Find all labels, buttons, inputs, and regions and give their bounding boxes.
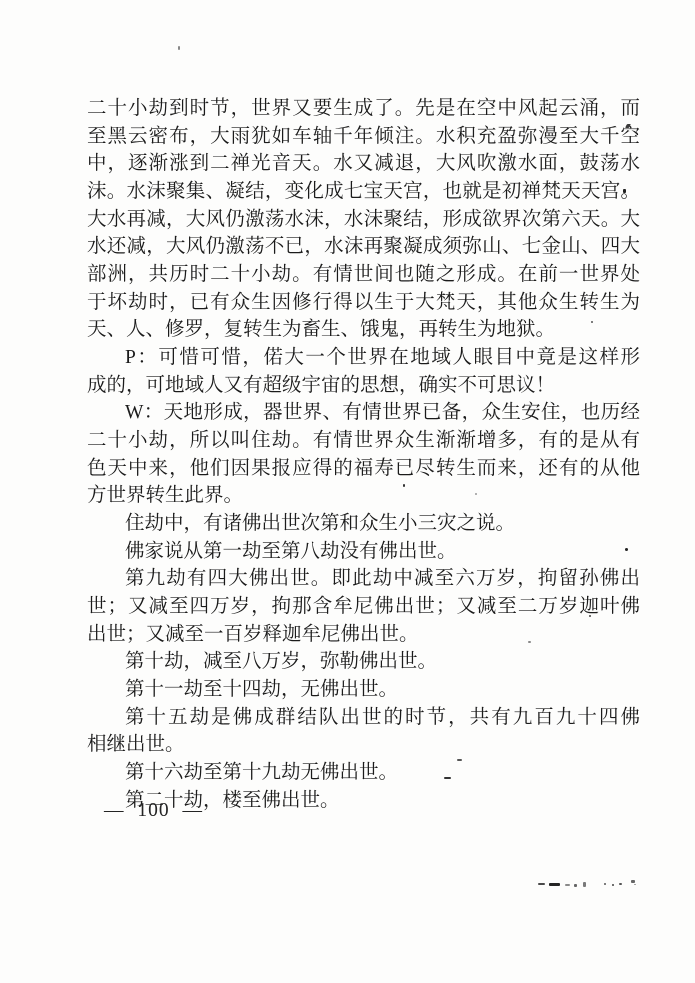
text-line: 第十五劫是佛成群结队出世的时节，共有九百九十四佛 [87, 704, 640, 732]
text-line: 住劫中，有诸佛出世次第和众生小三灾之说。 [87, 510, 640, 538]
scan-speck [178, 46, 180, 50]
scan-speck [444, 777, 451, 779]
text-line: 中，逐渐涨到二禅光音天。水又减退，大风吹激水面，鼓荡水 [87, 150, 640, 178]
scan-artifact-dash [574, 884, 577, 887]
scan-artifact-dash [549, 883, 560, 886]
body-text-block: 二十小劫到时节，世界又要生成了。先是在空中风起云涌，而 至黑云密布，大雨犹如车轴… [87, 95, 640, 814]
scan-speck [457, 759, 462, 761]
scan-artifact-dot [604, 883, 606, 885]
scan-speck [475, 493, 477, 495]
book-page: 二十小劫到时节，世界又要生成了。先是在空中风起云涌，而 至黑云密布，大雨犹如车轴… [0, 0, 695, 983]
text-line: 大水再减，大风仍激荡水沫，水沫聚结，形成欲界次第六天。大 [87, 206, 640, 234]
scan-speck [589, 615, 591, 617]
scan-artifact-dash [538, 883, 545, 885]
scan-artifact-dot [612, 884, 614, 886]
text-line: 出世；又减至一百岁释迦牟尼佛出世。 [87, 621, 640, 649]
scan-speck [623, 189, 626, 193]
scan-speck [403, 484, 405, 487]
text-line-paragraph-w: W：天地形成，器世界、有情世界已备，众生安住，也历经 [87, 399, 640, 427]
scan-artifact-dot [631, 880, 635, 883]
text-line: 相继出世。 [87, 731, 640, 759]
scan-speck [591, 321, 593, 323]
scan-artifact-dot [619, 883, 622, 885]
text-line-paragraph-p: P：可惜可惜，偌大一个世界在地域人眼目中竟是这样形 [87, 344, 640, 372]
text-line: 方世界转生此界。 [87, 482, 640, 510]
text-line: 部洲，共历时二十小劫。有情世间也随之形成。在前一世界处 [87, 261, 640, 289]
text-line: 成的，可地域人又有超级宇宙的思想，确实不可思议！ [87, 372, 640, 400]
scan-speck [528, 641, 531, 643]
text-line: 色天中来，他们因果报应得的福寿已尽转生而来，还有的从他 [87, 455, 640, 483]
scan-speck [625, 548, 628, 551]
text-line: 第十一劫至十四劫，无佛出世。 [87, 676, 640, 704]
scan-artifact-dash [565, 884, 570, 886]
text-line: 第九劫有四大佛出世。即此劫中减至六万岁，拘留孙佛出 [87, 565, 640, 593]
text-line: 于坏劫时，已有众生因修行得以生于大梵天，其他众生转生为 [87, 289, 640, 317]
text-line: 佛家说从第一劫至第八劫没有佛出世。 [87, 538, 640, 566]
text-line: 第十劫，减至八万岁，弥勒佛出世。 [87, 648, 640, 676]
text-line: 沫。水沫聚集、凝结，变化成七宝天宫，也就是初禅梵天天宫。 [87, 178, 640, 206]
text-line: 二十小劫，所以叫住劫。有情世界众生渐渐增多，有的是从有 [87, 427, 640, 455]
text-line: 天、人、修罗，复转生为畜生、饿鬼，再转生为地狱。 [87, 316, 640, 344]
text-line: 至黑云密布，大雨犹如车轴千年倾注。水积充盈弥漫至大千空 [87, 123, 640, 151]
text-line: 二十小劫到时节，世界又要生成了。先是在空中风起云涌，而 [87, 95, 640, 123]
text-line: 世；又减至四万岁，拘那含牟尼佛出世；又减至二万岁迦叶佛 [87, 593, 640, 621]
page-number-label: — 100 — [104, 800, 203, 822]
text-line: 水还减，大风仍激荡不已，水沫再聚凝成须弥山、七金山、四大 [87, 233, 640, 261]
text-line: 第十六劫至第十九劫无佛出世。 [87, 759, 640, 787]
scan-artifact-dash [583, 882, 586, 887]
scan-artifact-dot [634, 884, 636, 885]
